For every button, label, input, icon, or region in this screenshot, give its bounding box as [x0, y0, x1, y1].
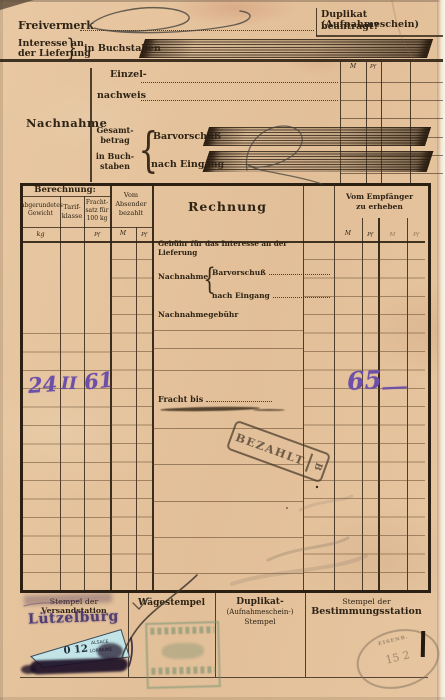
frachtsatz-header2: satz für: [84, 208, 110, 215]
gesamtbetrag-label1: Gesamt-: [95, 126, 135, 135]
paper-corner-tear: [0, 0, 34, 10]
fracht-bis-label: Fracht bis: [158, 394, 203, 404]
divider-line: [316, 8, 317, 36]
nachnahme-row-label: Nachnahme: [158, 273, 208, 281]
crossed-out-field-bar: [203, 127, 431, 146]
gesamtbetrag-label4: staben: [95, 162, 135, 171]
stamp-emblem: [162, 642, 204, 659]
berechnung-header: Berechnung:: [20, 186, 110, 195]
freivermerk-ruled-line: [80, 17, 314, 31]
rechnung-row-line: [152, 501, 303, 502]
money-grid-row: [340, 82, 443, 83]
mark-unit: M: [378, 232, 407, 238]
fracht-bis-row: Fracht bis: [158, 392, 272, 404]
dotted-leader: [273, 297, 330, 298]
pfennig-unit: Pf: [136, 232, 152, 238]
absender-header2: Absender: [110, 201, 152, 208]
rechnung-row-line: [152, 370, 303, 371]
ruled-line: [141, 88, 338, 101]
mark-unit: M: [110, 231, 136, 238]
rule: [316, 35, 443, 37]
nach-eingang-row-label: nach Eingang: [212, 291, 270, 300]
handwritten-tarifklasse: II: [61, 374, 77, 394]
header-rule: [21, 196, 110, 197]
money-grid-row: [340, 100, 443, 101]
dotted-leader: [206, 401, 272, 402]
pfennig-unit: Pf: [362, 232, 378, 238]
ink-dash: [421, 631, 425, 657]
empfaenger-header1: Vom Empfänger: [334, 193, 425, 201]
dotted-leader: [269, 274, 330, 275]
nachnahmegebuehr-label: Nachnahmegebühr: [158, 311, 238, 319]
bestimmung-stamp: EISENB. 15 2: [350, 621, 445, 698]
handwritten-strich: —: [380, 377, 409, 398]
einzel-label2: nachweis: [97, 91, 146, 101]
crossed-out-field-bar: [203, 151, 434, 172]
handwritten-betrag: 65: [346, 365, 382, 396]
header-rule: [21, 227, 152, 228]
rechnung-row-line: [152, 428, 303, 429]
absender-header1: Vom: [110, 192, 152, 199]
waegestempel-cell-label: Wägestempel: [128, 599, 215, 609]
svg-text:0 12: 0 12: [63, 644, 88, 657]
gebuehr-label: Gebühr für das Interesse an der Lieferun…: [158, 239, 325, 257]
black-ink-blot: [97, 643, 123, 660]
rechnung-row-line: [152, 348, 303, 349]
crossed-out-field-bar: [139, 39, 433, 58]
empfaenger-header2: zu erheben: [334, 203, 425, 211]
nach-eingang-row: nach Eingang: [212, 289, 330, 300]
money-grid-row: [340, 118, 443, 119]
stamp-text-row: [151, 666, 215, 675]
rechnung-row-line: [152, 573, 303, 574]
scanned-freight-form: Freivermerk Duplikat (Aufnahmeschein) be…: [0, 0, 445, 700]
versand-station-stamp: Lützelburg: [28, 609, 119, 628]
tarif-header1: Tarif-: [60, 204, 84, 211]
stamp-text-row: [150, 626, 214, 635]
gewicht-header1: abgerundetes: [21, 203, 60, 210]
mark-unit: M: [350, 64, 356, 71]
row-lines: [111, 259, 152, 589]
pfennig-unit: Pf: [407, 232, 425, 238]
bezahlt-stamp-suffix: B: [311, 460, 323, 471]
gewicht-header2: Gewicht: [21, 211, 60, 218]
pfennig-unit: Pf: [370, 64, 376, 70]
duplikat-label2: beantragt?: [321, 22, 379, 32]
paper-right-edge: [437, 0, 445, 700]
col-line: [152, 183, 154, 590]
pfennig-unit: Pf: [84, 232, 110, 238]
handwritten-frachtsatz: 61: [83, 367, 115, 395]
ruled-line: [141, 70, 338, 83]
section-rule: [0, 59, 443, 62]
money-grid-row: [340, 173, 443, 174]
duplikat-cell-label3: Stempel: [215, 618, 305, 626]
frachtsatz-header1: Fracht-: [84, 200, 110, 207]
kg-unit: kg: [21, 231, 60, 238]
gesamtbetrag-label2: betrag: [95, 136, 135, 145]
barvorschuss-row: Barvorschuß: [212, 266, 330, 277]
rechnung-row-line: [152, 537, 303, 538]
row-lines: [304, 259, 425, 589]
mark-unit: M: [334, 231, 362, 238]
interesse-label2: der Lieferung: [18, 49, 91, 59]
rechnung-header: Rechnung: [152, 200, 303, 214]
black-ink-blot: [21, 665, 36, 674]
frachtsatz-header3: 100 kg: [84, 216, 110, 223]
paper-left-edge: [0, 0, 3, 700]
brace-right: }: [66, 35, 77, 61]
handwritten-gewicht: 24: [27, 371, 58, 398]
paper-top-edge: [0, 0, 445, 2]
barvorschuss-row-label: Barvorschuß: [212, 268, 266, 277]
duplikat-cell-label2: (Aufnahmeschein-): [215, 609, 305, 617]
gesamtbetrag-label3: in Buch-: [95, 152, 135, 161]
rechnung-row-line: [152, 330, 303, 331]
absender-header3: bezahlt: [110, 210, 152, 217]
black-ink-blot: [30, 657, 128, 674]
waege-stamp: [145, 621, 221, 689]
tarif-header2: klasse: [60, 213, 84, 220]
gebuehr-row: Gebühr für das Interesse an der Lieferun…: [158, 246, 328, 257]
bestimmung-cell-label2: Bestimmungsstation: [305, 607, 428, 617]
duplikat-cell-label1: Duplikat-: [215, 598, 305, 608]
ink-smudge: [253, 409, 285, 411]
